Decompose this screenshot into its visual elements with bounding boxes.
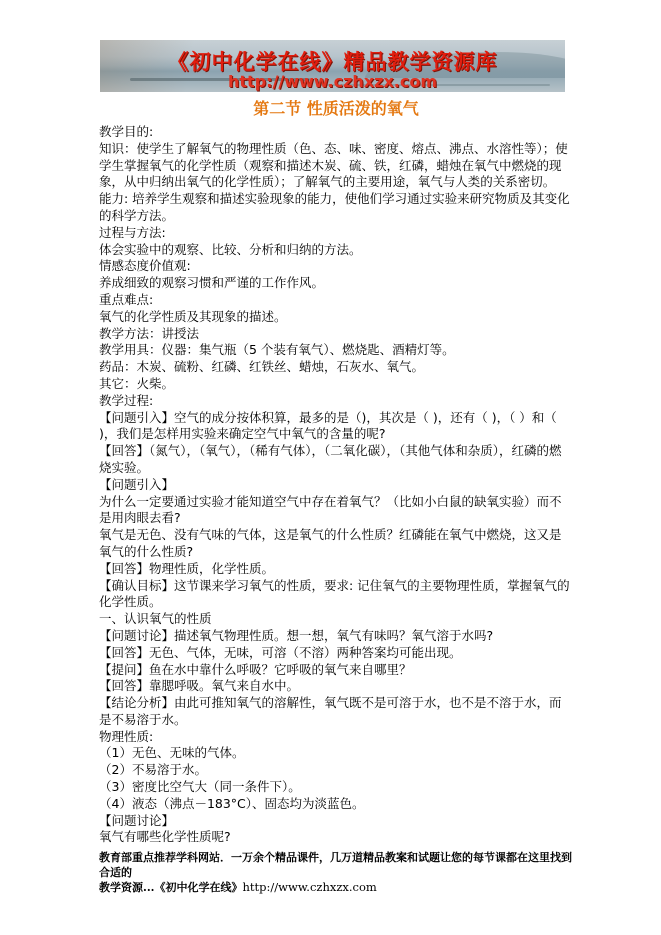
paragraph: 药品：木炭、硫粉、红磷、红铁丝、蜡烛，石灰水、氧气。 — [99, 359, 573, 376]
paragraph: 知识：使学生了解氧气的物理性质（色、态、味、密度、熔点、沸点、水溶性等）；使学生… — [99, 141, 573, 191]
paragraph: 教学目的: — [99, 124, 573, 141]
paragraph: 养成细致的观察习惯和严谨的工作作风。 — [99, 275, 573, 292]
paragraph: 【问题引入】 — [99, 477, 573, 494]
site-banner: 《初中化学在线》精品教学资源库 http://www.czhxzx.com — [100, 40, 565, 92]
paragraph: 其它：火柴。 — [99, 376, 573, 393]
paragraph: 【回答】靠腮呼吸。氧气来自水中。 — [99, 678, 573, 695]
paragraph: 【问题引入】空气的成分按体积算，最多的是（)，其次是（ )，还有（ )，（ ）和… — [99, 410, 573, 444]
footer-url: http://www.czhxzx.com — [243, 880, 377, 894]
paragraph: 【提问】鱼在水中靠什么呼吸？它呼吸的氧气来自哪里？ — [99, 662, 573, 679]
paragraph: 教学过程: — [99, 393, 573, 410]
paragraph: 物理性质: — [99, 729, 573, 746]
document-footer: 教育部重点推荐学科网站．一万余个精品课件，几万道精品教案和试题让您的每节课都在这… — [99, 851, 579, 896]
document-body: 教学目的:知识：使学生了解氧气的物理性质（色、态、味、密度、熔点、沸点、水溶性等… — [99, 124, 573, 846]
site-url: http://www.czhxzx.com — [100, 73, 565, 90]
paragraph: 氧气有哪些化学性质呢? — [99, 829, 573, 846]
paragraph: 情感态度价值观: — [99, 258, 573, 275]
paragraph: 体会实验中的观察、比较、分析和归纳的方法。 — [99, 242, 573, 259]
paragraph: 能力: 培养学生观察和描述实验现象的能力，使他们学习通过实验来研究物质及其变化的… — [99, 191, 573, 225]
paragraph: （1）无色、无味的气体。 — [99, 745, 573, 762]
paragraph: 氧气的化学性质及其现象的描述。 — [99, 309, 573, 326]
paragraph: 【问题讨论】描述氧气物理性质。想一想，氧气有味吗？氧气溶于水吗? — [99, 628, 573, 645]
footer-line2: 教学资源...《初中化学在线》http://www.czhxzx.com — [99, 880, 579, 896]
paragraph: 【确认目标】这节课来学习氧气的性质，要求: 记住氧气的主要物理性质，掌握氧气的化… — [99, 578, 573, 612]
paragraph: 【回答】物理性质，化学性质。 — [99, 561, 573, 578]
paragraph: 【问题讨论】 — [99, 813, 573, 830]
paragraph: 教学方法：讲授法 — [99, 326, 573, 343]
paragraph: （3）密度比空气大（同一条件下）。 — [99, 779, 573, 796]
paragraph: 一、认识氧气的性质 — [99, 611, 573, 628]
paragraph: （2）不易溶于水。 — [99, 762, 573, 779]
paragraph: 氧气是无色、没有气味的气体，这是氧气的什么性质？红磷能在氧气中燃烧，这又是氧气的… — [99, 527, 573, 561]
paragraph: 【结论分析】由此可推知氧气的溶解性，氧气既不是可溶于水，也不是不溶于水，而是不易… — [99, 695, 573, 729]
paragraph: （4）液态（沸点－183°C）、固态均为淡蓝色。 — [99, 796, 573, 813]
footer-line2-text: 教学资源...《初中化学在线》 — [99, 881, 243, 894]
paragraph: 教学用具：仪器：集气瓶（5 个装有氧气）、燃烧匙、酒精灯等。 — [99, 342, 573, 359]
paragraph: 过程与方法: — [99, 225, 573, 242]
footer-line1: 教育部重点推荐学科网站．一万余个精品课件，几万道精品教案和试题让您的每节课都在这… — [99, 851, 579, 880]
page-title: 第二节 性质活泼的氧气 — [99, 96, 573, 119]
paragraph: 为什么一定要通过实验才能知道空气中存在着氧气？（比如小白鼠的缺氧实验）而不是用肉… — [99, 494, 573, 528]
paragraph: 【回答】无色、气体，无味，可溶（不溶）两种答案均可能出现。 — [99, 645, 573, 662]
site-title: 《初中化学在线》精品教学资源库 — [100, 51, 565, 73]
paragraph: 重点难点: — [99, 292, 573, 309]
paragraph: 【回答】（氮气），（氧气），（稀有气体），（二氧化碳），（其他气体和杂质），红磷… — [99, 443, 573, 477]
